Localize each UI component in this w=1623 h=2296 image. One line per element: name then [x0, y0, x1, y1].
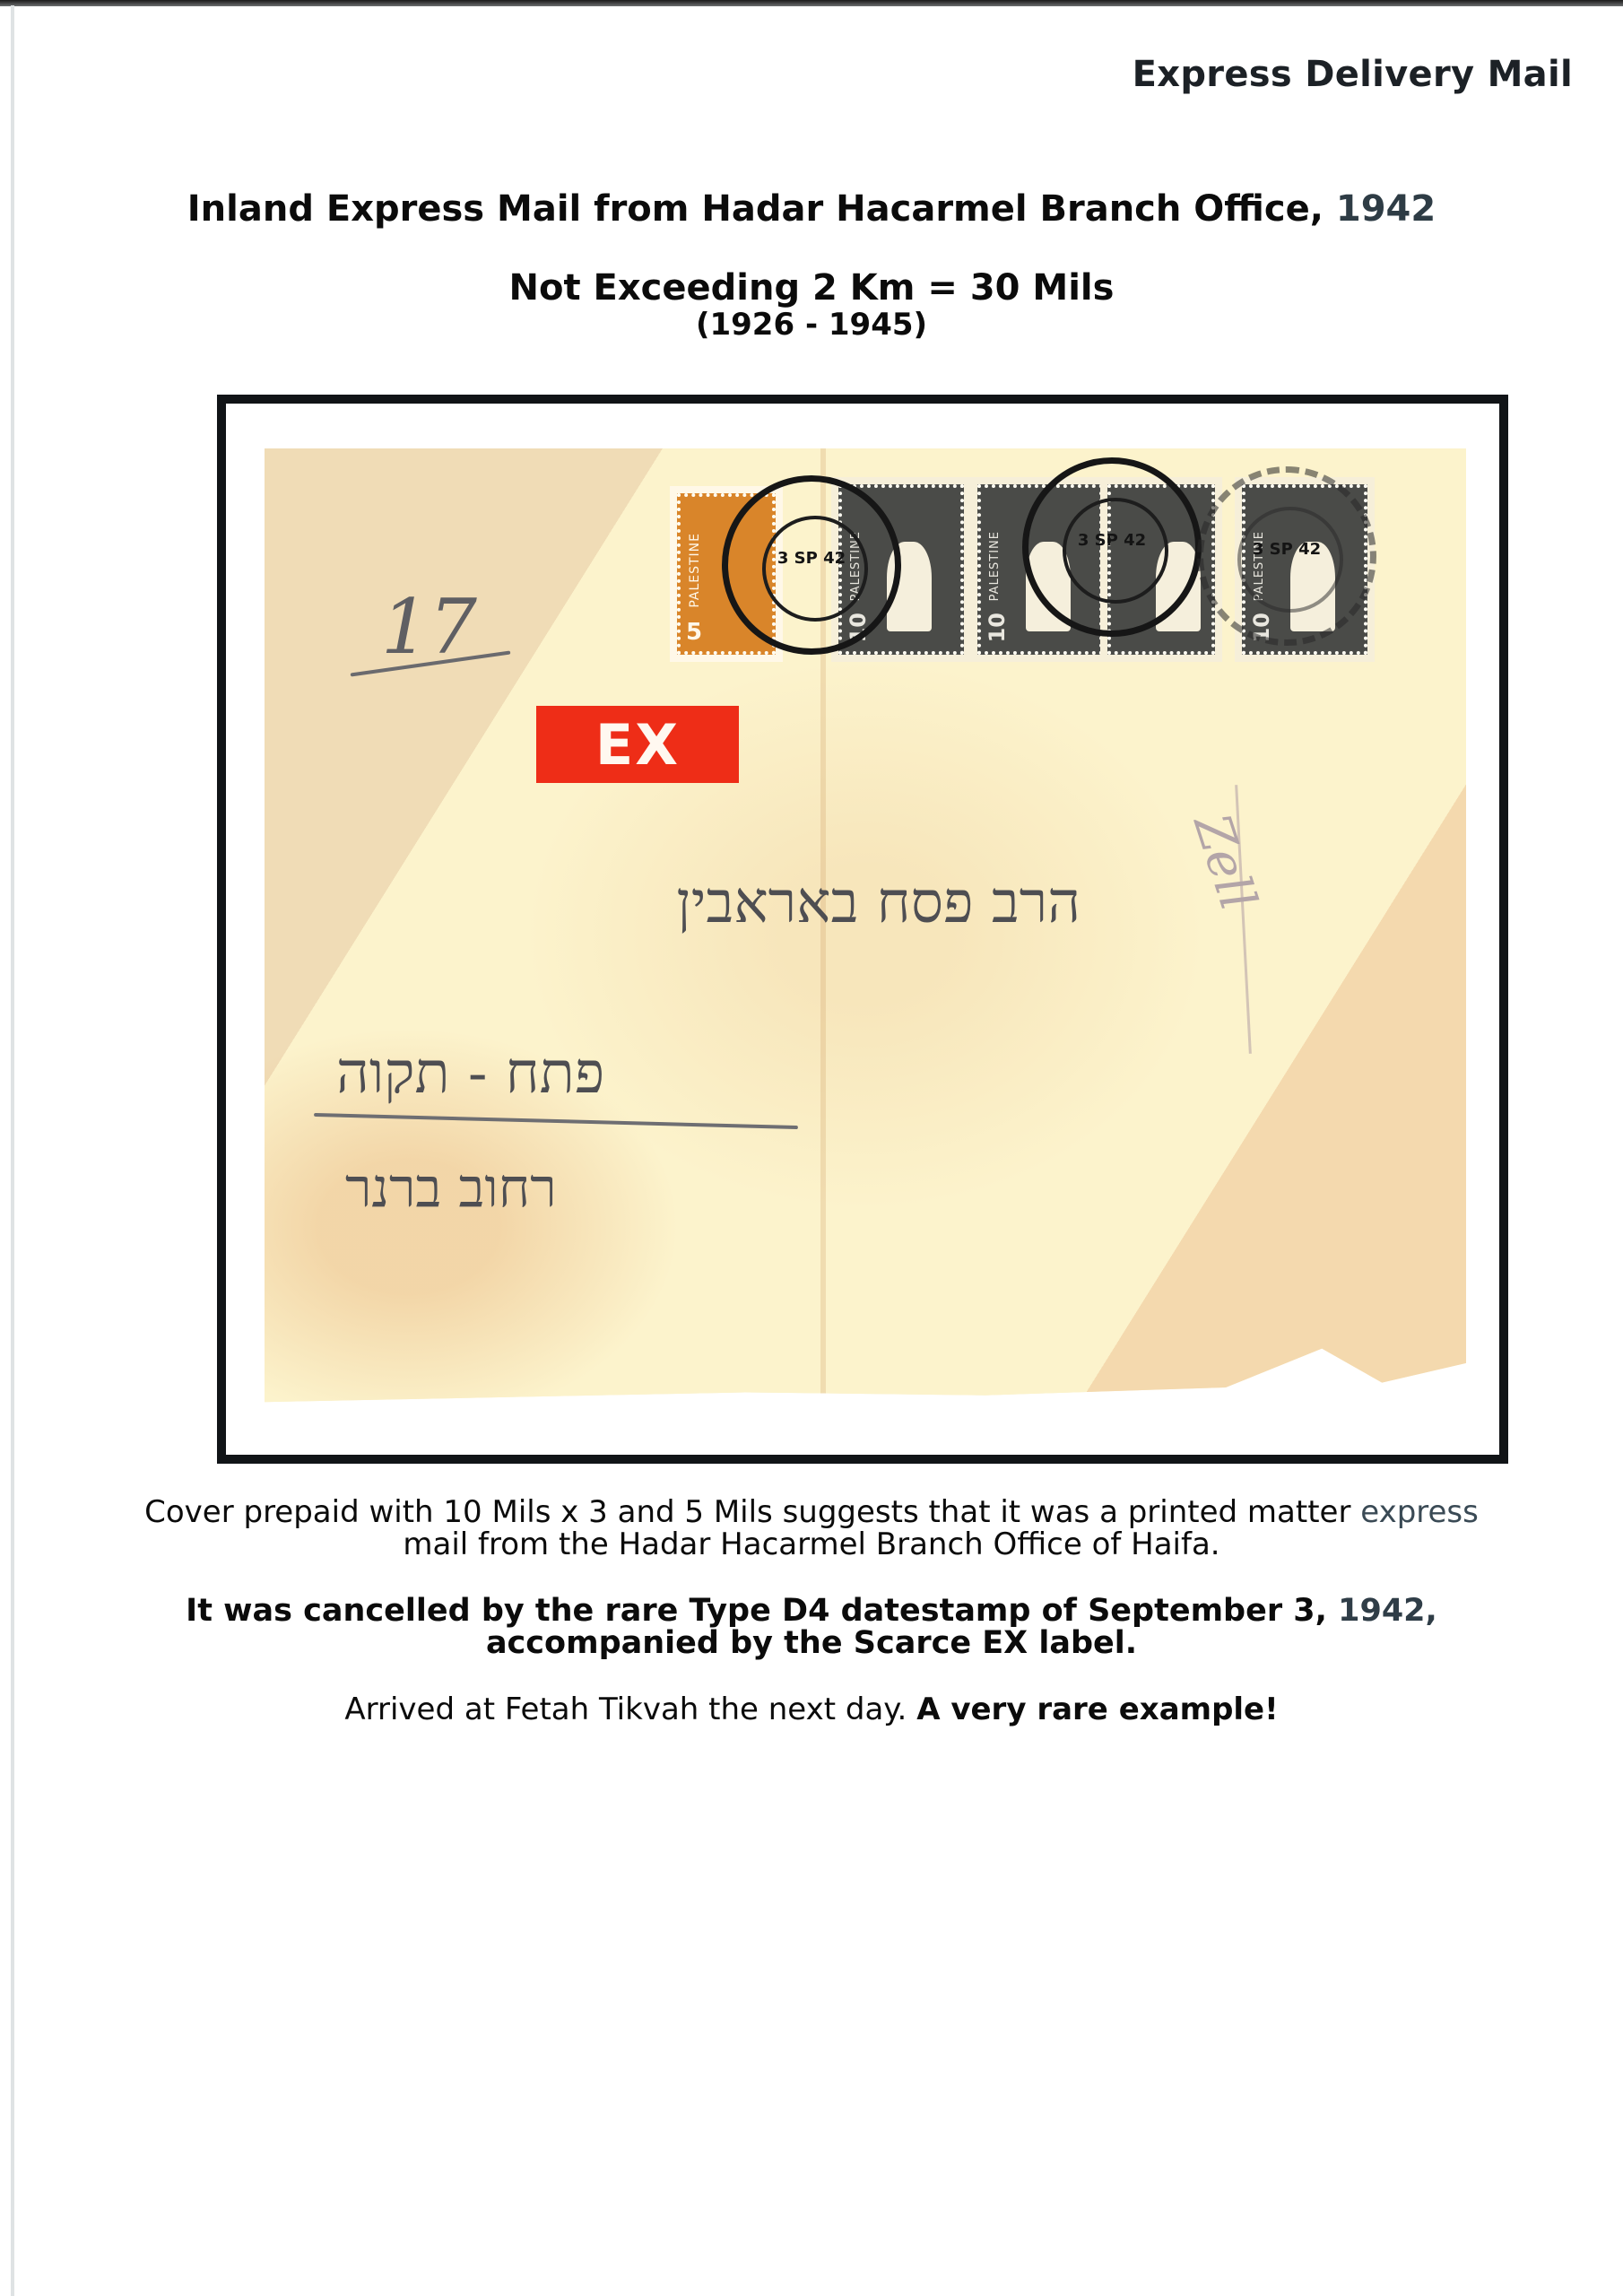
address-street: רחוב ברנר: [345, 1157, 557, 1220]
caption-accent: 1942,: [1338, 1593, 1437, 1629]
caption-text: Cover prepaid with 10 Mils x 3 and 5 Mil…: [144, 1494, 1350, 1530]
page-title-text: Inland Express Mail from Hadar Hacarmel …: [187, 188, 1324, 230]
postmark-date: 3 SP 42: [1203, 473, 1370, 560]
page-left-edge: [11, 5, 14, 2296]
caption-text: Arrived at Fetah Tikvah the next day.: [344, 1692, 907, 1727]
postmark-cancel: 3 SP 42: [1197, 466, 1376, 646]
ex-label: EX: [536, 706, 739, 783]
caption-text: mail from the Hadar Hacarmel Branch Offi…: [403, 1526, 1219, 1562]
caption-cancellation: It was cancelled by the rare Type D4 dat…: [0, 1595, 1623, 1659]
caption-text: accompanied by the Scarce EX label.: [486, 1625, 1137, 1661]
caption-prepaid: Cover prepaid with 10 Mils x 3 and 5 Mil…: [0, 1496, 1623, 1561]
caption-arrival: Arrived at Fetah Tikvah the next day. A …: [0, 1693, 1623, 1726]
postmark-cancel: 3 SP 42: [722, 475, 901, 655]
cover-image: 17 EX PALESTINE 5 PALESTINE 10 PALESTINE…: [265, 448, 1466, 1422]
address-underline: [314, 1113, 798, 1129]
postmark-cancel: 3 SP 42: [1022, 457, 1202, 637]
page-top-edge: [0, 0, 1623, 6]
caption-accent: express: [1360, 1494, 1479, 1530]
stamp-value: 5: [686, 619, 702, 646]
address-city: פתח - תקוה: [336, 1040, 604, 1107]
rate-period: (1926 - 1945): [0, 307, 1623, 343]
stamp-country: PALESTINE: [988, 531, 1002, 601]
pencil-side-note: Zell: [1182, 807, 1267, 918]
section-title: Express Delivery Mail: [1133, 54, 1573, 95]
postmark-date: 3 SP 42: [1028, 464, 1195, 551]
address-name: הרב פסח באראבין: [676, 870, 1081, 936]
rate-subtitle: Not Exceeding 2 Km = 30 Mils: [0, 267, 1623, 309]
caption-highlight: A very rare example!: [916, 1692, 1278, 1727]
page-title-year: 1942: [1336, 188, 1436, 230]
page-title: Inland Express Mail from Hadar Hacarmel …: [0, 188, 1623, 230]
stamp-value: 10: [985, 613, 1010, 642]
postmark-date: 3 SP 42: [728, 482, 895, 569]
stamp-country: PALESTINE: [688, 533, 702, 608]
caption-text: It was cancelled by the rare Type D4 dat…: [186, 1593, 1327, 1629]
